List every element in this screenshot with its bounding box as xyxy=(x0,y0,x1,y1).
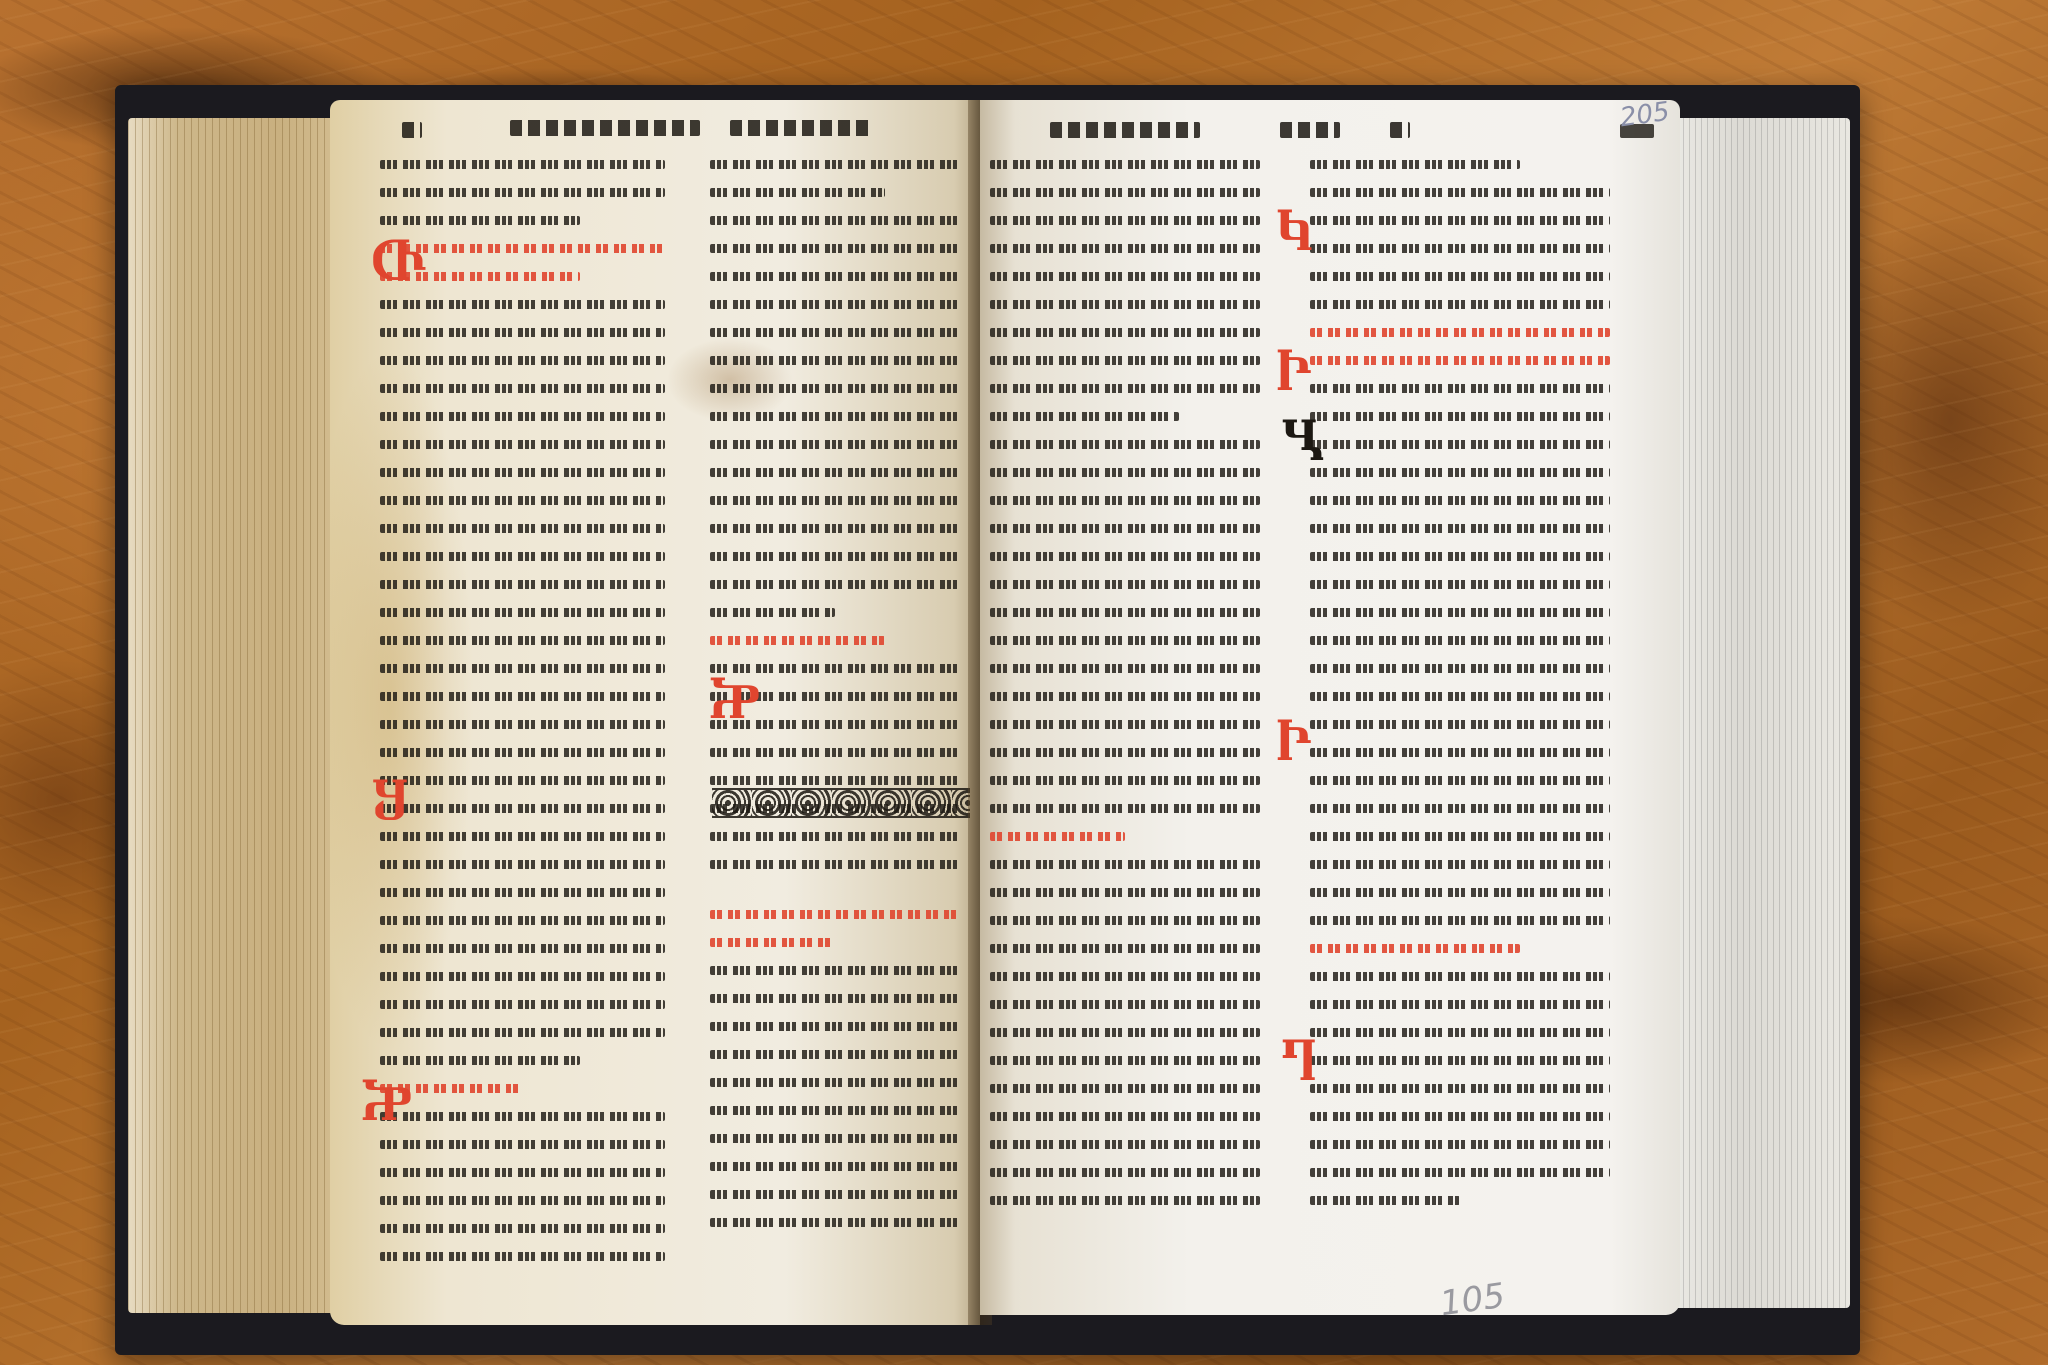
red-initial-letter: Ⴄ xyxy=(1280,1040,1318,1088)
running-head-left xyxy=(1050,122,1200,138)
red-initial-letter: Ⴡ xyxy=(1275,720,1313,768)
red-initial-letter: Ⴡ xyxy=(1275,350,1313,398)
running-head-right xyxy=(730,120,870,136)
black-initial-letter: Ⴁ xyxy=(1280,420,1325,468)
running-head-left xyxy=(510,120,700,136)
red-initial-letter: Ⴘ xyxy=(370,780,409,828)
running-head-right xyxy=(1390,122,1410,138)
red-initial-letter: Ⴟ xyxy=(360,1080,413,1128)
running-head-middle xyxy=(1280,122,1340,138)
ornamental-headpiece-band xyxy=(712,788,970,818)
right-page-column-2 xyxy=(1310,150,1610,1214)
red-initial-letter: Ⴇ xyxy=(370,240,428,288)
folio-marker xyxy=(402,122,422,138)
right-page: 205 Ⴉ xyxy=(980,100,1680,1315)
left-page-column-1 xyxy=(380,150,665,1270)
open-book: Ⴇ Ⴘ Ⴟ Ⴟ 205 xyxy=(0,0,2048,1365)
left-page: Ⴇ Ⴘ Ⴟ Ⴟ xyxy=(330,100,980,1325)
pencil-page-number-top: 205 xyxy=(1618,97,1671,134)
red-initial-letter: Ⴉ xyxy=(1275,210,1314,258)
red-initial-letter: Ⴟ xyxy=(708,678,761,726)
right-page-block-edge xyxy=(1665,118,1850,1308)
right-page-column-1 xyxy=(990,150,1260,1214)
